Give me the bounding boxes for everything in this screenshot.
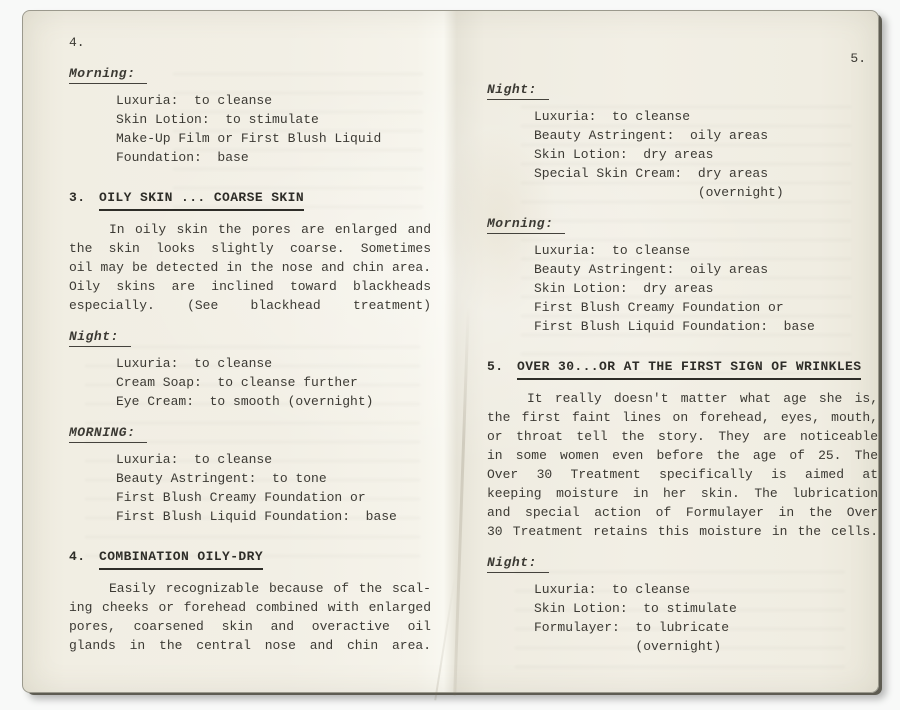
section-label: Night: [69, 327, 431, 347]
paragraph-line: keeping moisture in her skin. The lubric… [487, 484, 878, 503]
routine-item: Foundation: base [116, 148, 431, 167]
section-label-text: Night: [487, 554, 549, 573]
section-heading: 3.OILY SKIN ... COARSE SKIN [69, 188, 431, 211]
section-label-text: Morning: [487, 215, 565, 234]
paragraph: In oily skin the pores are enlarged andt… [69, 220, 431, 315]
routine-item: Luxuria: to cleanse [116, 91, 431, 110]
routine-item: Beauty Astringent: oily areas [534, 126, 878, 145]
paragraph: Easily recognizable because of the scal-… [69, 579, 431, 655]
routine-item: First Blush Liquid Foundation: base [534, 317, 878, 336]
routine-item: Special Skin Cream: dry areas [534, 164, 878, 183]
routine-list: Luxuria: to cleanseSkin Lotion: to stimu… [69, 91, 431, 167]
paragraph-line: 30 Treatment retains this moisture in th… [487, 522, 878, 541]
paragraph-line: in some women even before the age of 25.… [487, 446, 878, 465]
paragraph-line: Easily recognizable because of the scal- [69, 579, 431, 598]
section-label: MORNING: [69, 423, 431, 443]
booklet-spread: 4.Morning:Luxuria: to cleanseSkin Lotion… [22, 10, 879, 693]
routine-item: Luxuria: to cleanse [116, 354, 431, 373]
crease-line [453, 306, 470, 696]
routine-list: Luxuria: to cleanseBeauty Astringent: oi… [487, 107, 878, 202]
routine-list: Luxuria: to cleanseCream Soap: to cleans… [69, 354, 431, 411]
paragraph: It really doesn't matter what age she is… [487, 389, 878, 541]
heading-title: COMBINATION OILY-DRY [99, 547, 263, 570]
section-heading: 4.COMBINATION OILY-DRY [69, 547, 431, 570]
routine-item: Skin Lotion: dry areas [534, 279, 878, 298]
paragraph-line: or throat tell the story. They are notic… [487, 427, 878, 446]
routine-item: (overnight) [534, 183, 878, 202]
routine-item: Skin Lotion: to stimulate [116, 110, 431, 129]
routine-item: Beauty Astringent: to tone [116, 469, 431, 488]
section-label-text: Night: [487, 81, 549, 100]
paragraph-line: the first faint lines on forehead, eyes,… [487, 408, 878, 427]
routine-list: Luxuria: to cleanseBeauty Astringent: oi… [487, 241, 878, 336]
routine-item: Luxuria: to cleanse [534, 241, 878, 260]
routine-item: First Blush Creamy Foundation or [534, 298, 878, 317]
paragraph-line: glands in the central nose and chin area… [69, 636, 431, 655]
heading-title: OVER 30...OR AT THE FIRST SIGN OF WRINKL… [517, 357, 861, 380]
paragraph-line: In oily skin the pores are enlarged and [69, 220, 431, 239]
routine-list: Luxuria: to cleanseBeauty Astringent: to… [69, 450, 431, 526]
routine-item: Make-Up Film or First Blush Liquid [116, 129, 431, 148]
routine-item: First Blush Creamy Foundation or [116, 488, 431, 507]
section-label: Night: [487, 80, 878, 100]
paragraph-line: the skin looks slightly coarse. Sometime… [69, 239, 431, 258]
page-4: 4.Morning:Luxuria: to cleanseSkin Lotion… [69, 11, 431, 692]
section-label-text: MORNING: [69, 424, 147, 443]
section-heading: 5.OVER 30...OR AT THE FIRST SIGN OF WRIN… [487, 357, 878, 380]
paragraph-line: especially. (See blackhead treatment) [69, 296, 431, 315]
paragraph-line: and special action of Formulayer in the … [487, 503, 878, 522]
paragraph-line: ing cheeks or forehead combined with enl… [69, 598, 431, 617]
routine-list: Luxuria: to cleanseSkin Lotion: to stimu… [487, 580, 878, 656]
section-label: Morning: [487, 214, 878, 234]
heading-number: 3. [69, 188, 99, 207]
heading-number: 4. [69, 547, 99, 566]
routine-item: Cream Soap: to cleanse further [116, 373, 431, 392]
heading-number: 5. [487, 357, 517, 376]
paragraph-line: Oily skins are inclined toward blackhead… [69, 277, 431, 296]
section-label-text: Night: [69, 328, 131, 347]
routine-item: Luxuria: to cleanse [534, 107, 878, 126]
routine-item: Luxuria: to cleanse [116, 450, 431, 469]
paragraph-line: pores, coarsened skin and overactive oil [69, 617, 431, 636]
section-label: Night: [487, 553, 878, 573]
routine-item: Luxuria: to cleanse [534, 580, 878, 599]
page-number: 4. [69, 33, 431, 52]
section-label-text: Morning: [69, 65, 147, 84]
section-label: Morning: [69, 64, 431, 84]
routine-item: Skin Lotion: to stimulate [534, 599, 878, 618]
page-number: 5. [487, 49, 878, 68]
routine-item: Skin Lotion: dry areas [534, 145, 878, 164]
page-5: 5.Night:Luxuria: to cleanseBeauty Astrin… [487, 11, 878, 692]
routine-item: First Blush Liquid Foundation: base [116, 507, 431, 526]
paragraph-line: Over 30 Treatment specifically is aimed … [487, 465, 878, 484]
routine-item: (overnight) [534, 637, 878, 656]
heading-title: OILY SKIN ... COARSE SKIN [99, 188, 304, 211]
routine-item: Beauty Astringent: oily areas [534, 260, 878, 279]
crease-line [434, 577, 456, 701]
routine-item: Formulayer: to lubricate [534, 618, 878, 637]
routine-item: Eye Cream: to smooth (overnight) [116, 392, 431, 411]
paragraph-line: oil may be detected in the nose and chin… [69, 258, 431, 277]
paragraph-line: It really doesn't matter what age she is… [487, 389, 878, 408]
